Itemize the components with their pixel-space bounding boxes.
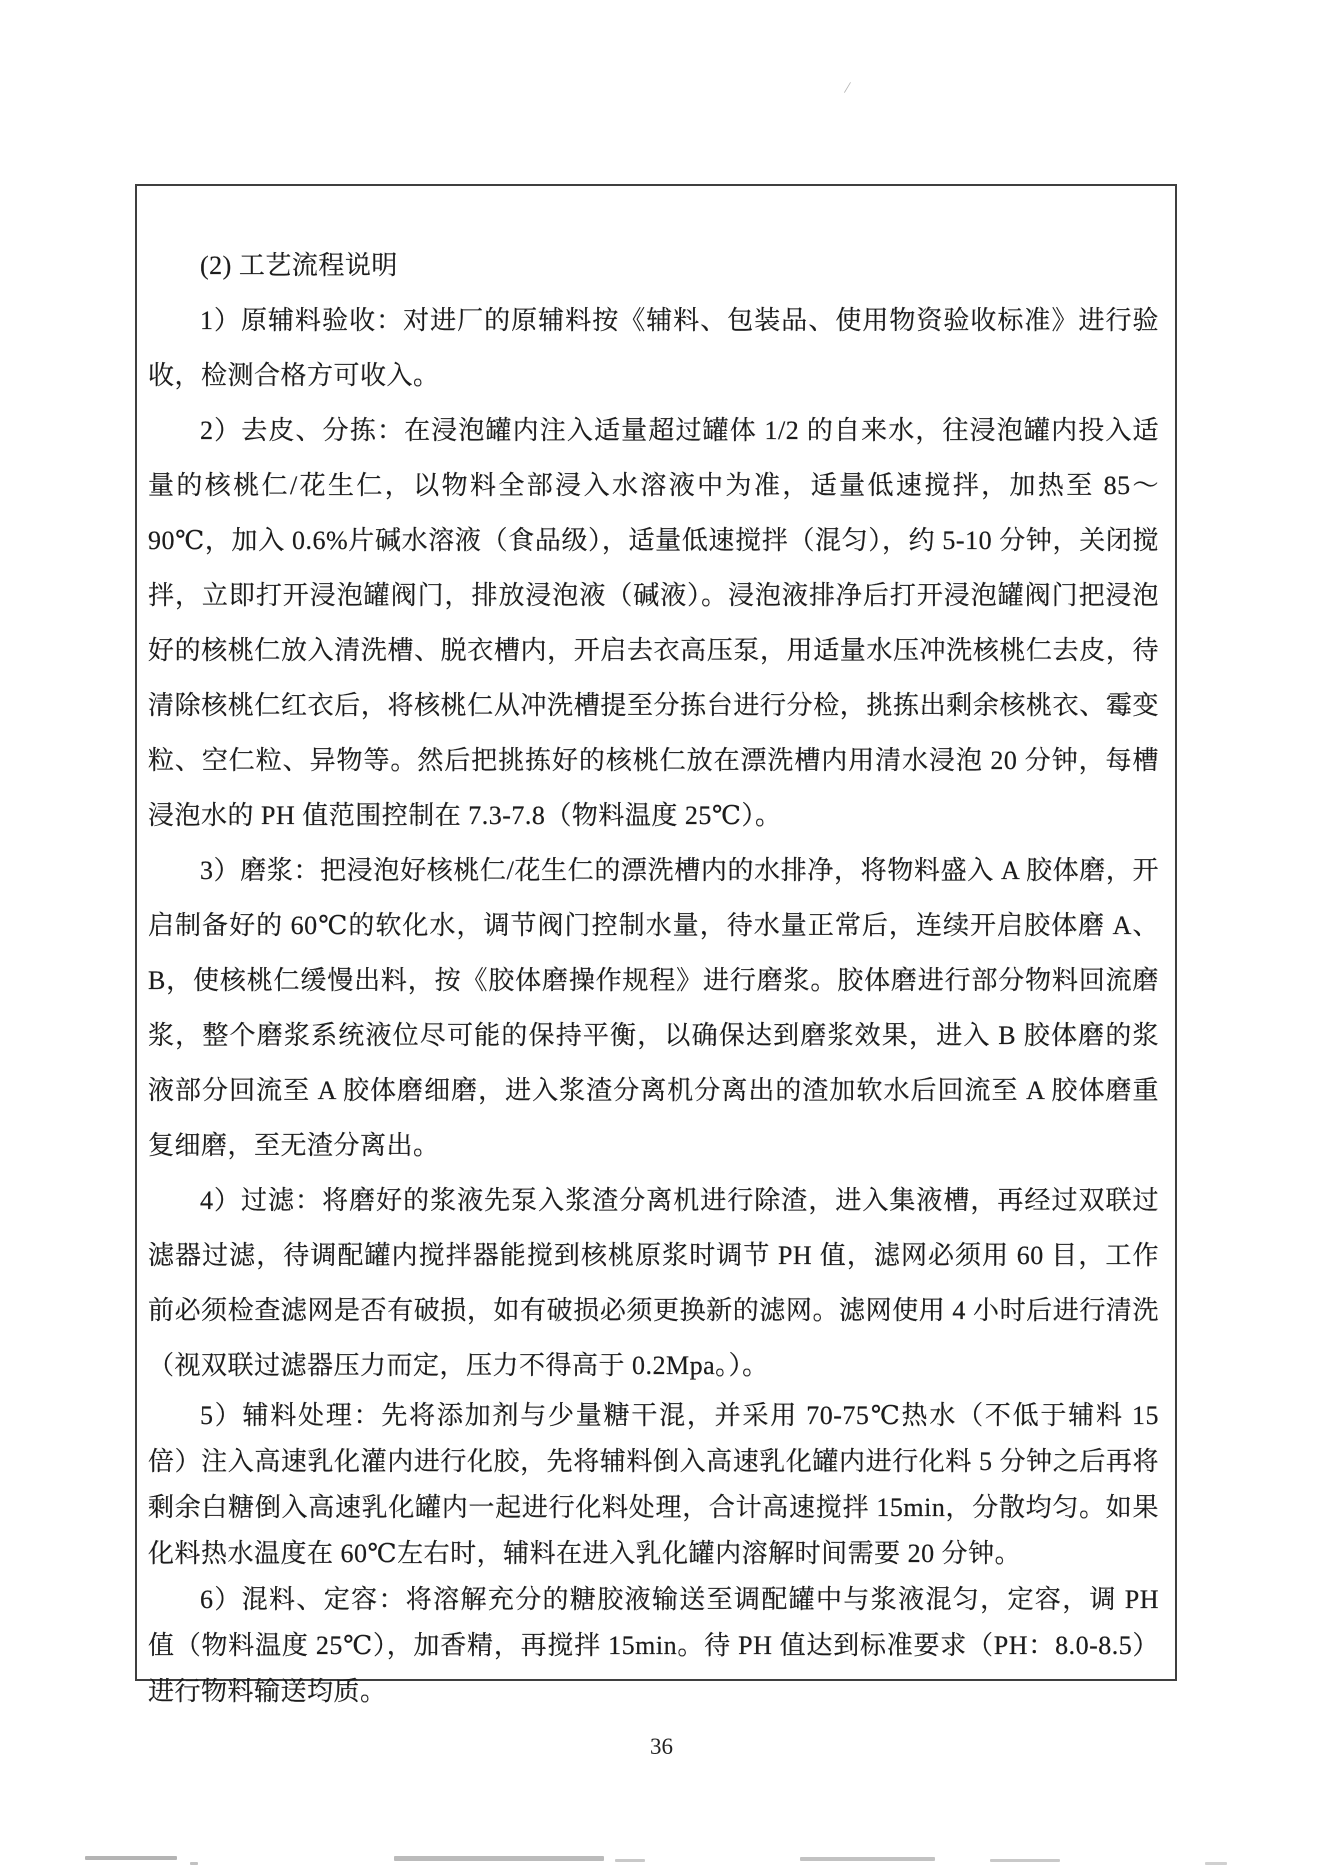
scan-smudge	[990, 1859, 1060, 1862]
scan-smudge	[190, 1862, 198, 1865]
scan-smudge	[394, 1856, 604, 1861]
scan-smudge	[1205, 1862, 1227, 1865]
paragraph-auxiliary-processing: 5）辅料处理：先将添加剂与少量糖干混，并采用 70-75℃热水（不低于辅料 15…	[148, 1393, 1159, 1577]
scan-smudge	[615, 1859, 645, 1862]
paragraph-grinding: 3）磨浆：把浸泡好核桃仁/花生仁的漂洗槽内的水排净，将物料盛入 A 胶体磨，开启…	[148, 843, 1159, 1173]
paragraph-raw-material-acceptance: 1）原辅料验收：对进厂的原辅料按《辅料、包装品、使用物资验收标准》进行验收，检测…	[148, 293, 1159, 403]
content-border-box: (2) 工艺流程说明 1）原辅料验收：对进厂的原辅料按《辅料、包装品、使用物资验…	[135, 184, 1177, 1681]
page-number: 36	[0, 1734, 1323, 1760]
paragraph-filtering: 4）过滤：将磨好的浆液先泵入浆渣分离机进行除渣，进入集液槽，再经过双联过滤器过滤…	[148, 1173, 1159, 1393]
paragraph-mixing-volume: 6）混料、定容：将溶解充分的糖胶液输送至调配罐中与浆液混匀，定容，调 PH 值（…	[148, 1577, 1159, 1715]
paragraph-peeling-sorting: 2）去皮、分拣：在浸泡罐内注入适量超过罐体 1/2 的自来水，往浸泡罐内投入适量…	[148, 403, 1159, 843]
scan-artifact-mark: /	[843, 78, 852, 99]
section-heading: (2) 工艺流程说明	[148, 238, 1159, 293]
scan-smudge	[85, 1856, 177, 1860]
scan-smudge	[800, 1857, 935, 1861]
scanned-page: { "document": { "heading": "(2) 工艺流程说明",…	[0, 0, 1323, 1871]
